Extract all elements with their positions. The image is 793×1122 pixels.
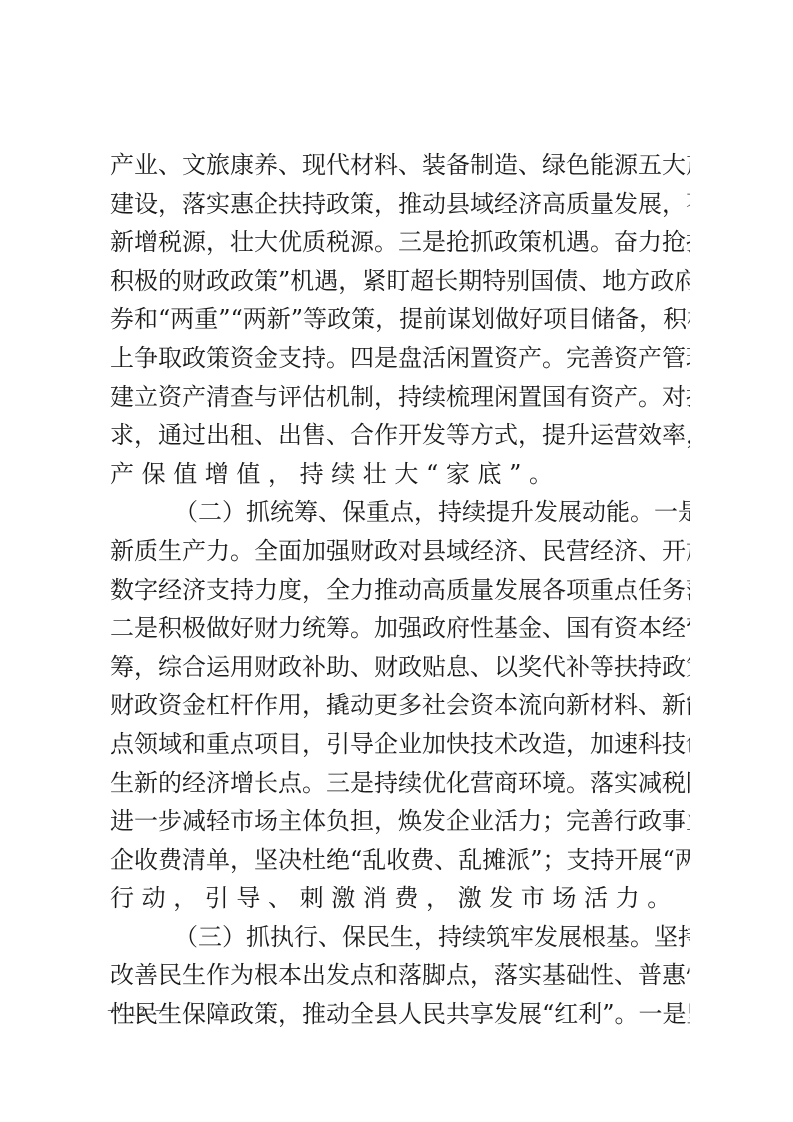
document-page: 产业、文旅康养、现代材料、装备制造、绿色能源五大产业体系 建设，落实惠企扶持政策… — [0, 0, 793, 1122]
section-heading-line: （二）抓统筹、保重点，持续提升发展动能。一是加快发展 — [110, 493, 690, 532]
text-line: 改善民生作为根本出发点和落脚点，落实基础性、普惠性、兜底 — [110, 956, 690, 995]
text-line: 建立资产清查与评估机制，持续梳理闲置国有资产。对接市场需 — [110, 378, 690, 417]
text-line: 筹，综合运用财政补助、财政贴息、以奖代补等扶持政策，发挥 — [110, 648, 690, 687]
text-line: 建设，落实惠企扶持政策，推动县域经济高质量发展，不断培育 — [110, 185, 690, 224]
page-number: － 12 － — [106, 1000, 171, 1021]
text-line: 企收费清单，坚决杜绝“乱收费、乱摊派”；支持开展“两新” — [110, 841, 690, 880]
text-line: 数字经济支持力度，全力推动高质量发展各项重点任务落地见效。 — [110, 571, 690, 610]
section-heading-line: （三）抓执行、保民生，持续筑牢发展根基。坚持把保障和 — [110, 918, 690, 957]
text-line: 产业、文旅康养、现代材料、装备制造、绿色能源五大产业体系 — [110, 146, 690, 185]
text-line: 求，通过出租、出售、合作开发等方式，提升运营效率，促进资 — [110, 416, 690, 455]
text-line: 行动，引导、刺激消费，激发市场活力。 — [110, 879, 690, 918]
text-line: 新增税源，壮大优质税源。三是抢抓政策机遇。奋力抢抓“更加 — [110, 223, 690, 262]
text-line: 上争取政策资金支持。四是盘活闲置资产。完善资产管理制度， — [110, 339, 690, 378]
text-line: 券和“两重”“两新”等政策，提前谋划做好项目储备，积极向 — [110, 300, 690, 339]
text-line: 积极的财政政策”机遇，紧盯超长期特别国债、地方政府专项债 — [110, 262, 690, 301]
paragraph-continuation: 产业、文旅康养、现代材料、装备制造、绿色能源五大产业体系 建设，落实惠企扶持政策… — [110, 146, 690, 493]
paragraph-section-2: （二）抓统筹、保重点，持续提升发展动能。一是加快发展 新质生产力。全面加强财政对… — [110, 493, 690, 918]
text-line: 进一步减轻市场主体负担，焕发企业活力；完善行政事业单位涉 — [110, 802, 690, 841]
text-line: 性民生保障政策，推动全县人民共享发展“红利”。一是坚持“三 — [110, 995, 690, 1034]
paragraph-section-3: （三）抓执行、保民生，持续筑牢发展根基。坚持把保障和 改善民生作为根本出发点和落… — [110, 918, 690, 1034]
text-line: 二是积极做好财力统筹。加强政府性基金、国有资本经营预算统 — [110, 609, 690, 648]
document-body: 产业、文旅康养、现代材料、装备制造、绿色能源五大产业体系 建设，落实惠企扶持政策… — [110, 146, 690, 1034]
text-line: 财政资金杠杆作用，撬动更多社会资本流向新材料、新能源等重 — [110, 686, 690, 725]
text-line: 产保值增值，持续壮大“家底”。 — [110, 455, 690, 494]
text-line: 点领域和重点项目，引导企业加快技术改造，加速科技创新，催 — [110, 725, 690, 764]
text-line: 生新的经济增长点。三是持续优化营商环境。落实减税降费政策， — [110, 764, 690, 803]
text-line: 新质生产力。全面加强财政对县域经济、民营经济、开放型经济、 — [110, 532, 690, 571]
